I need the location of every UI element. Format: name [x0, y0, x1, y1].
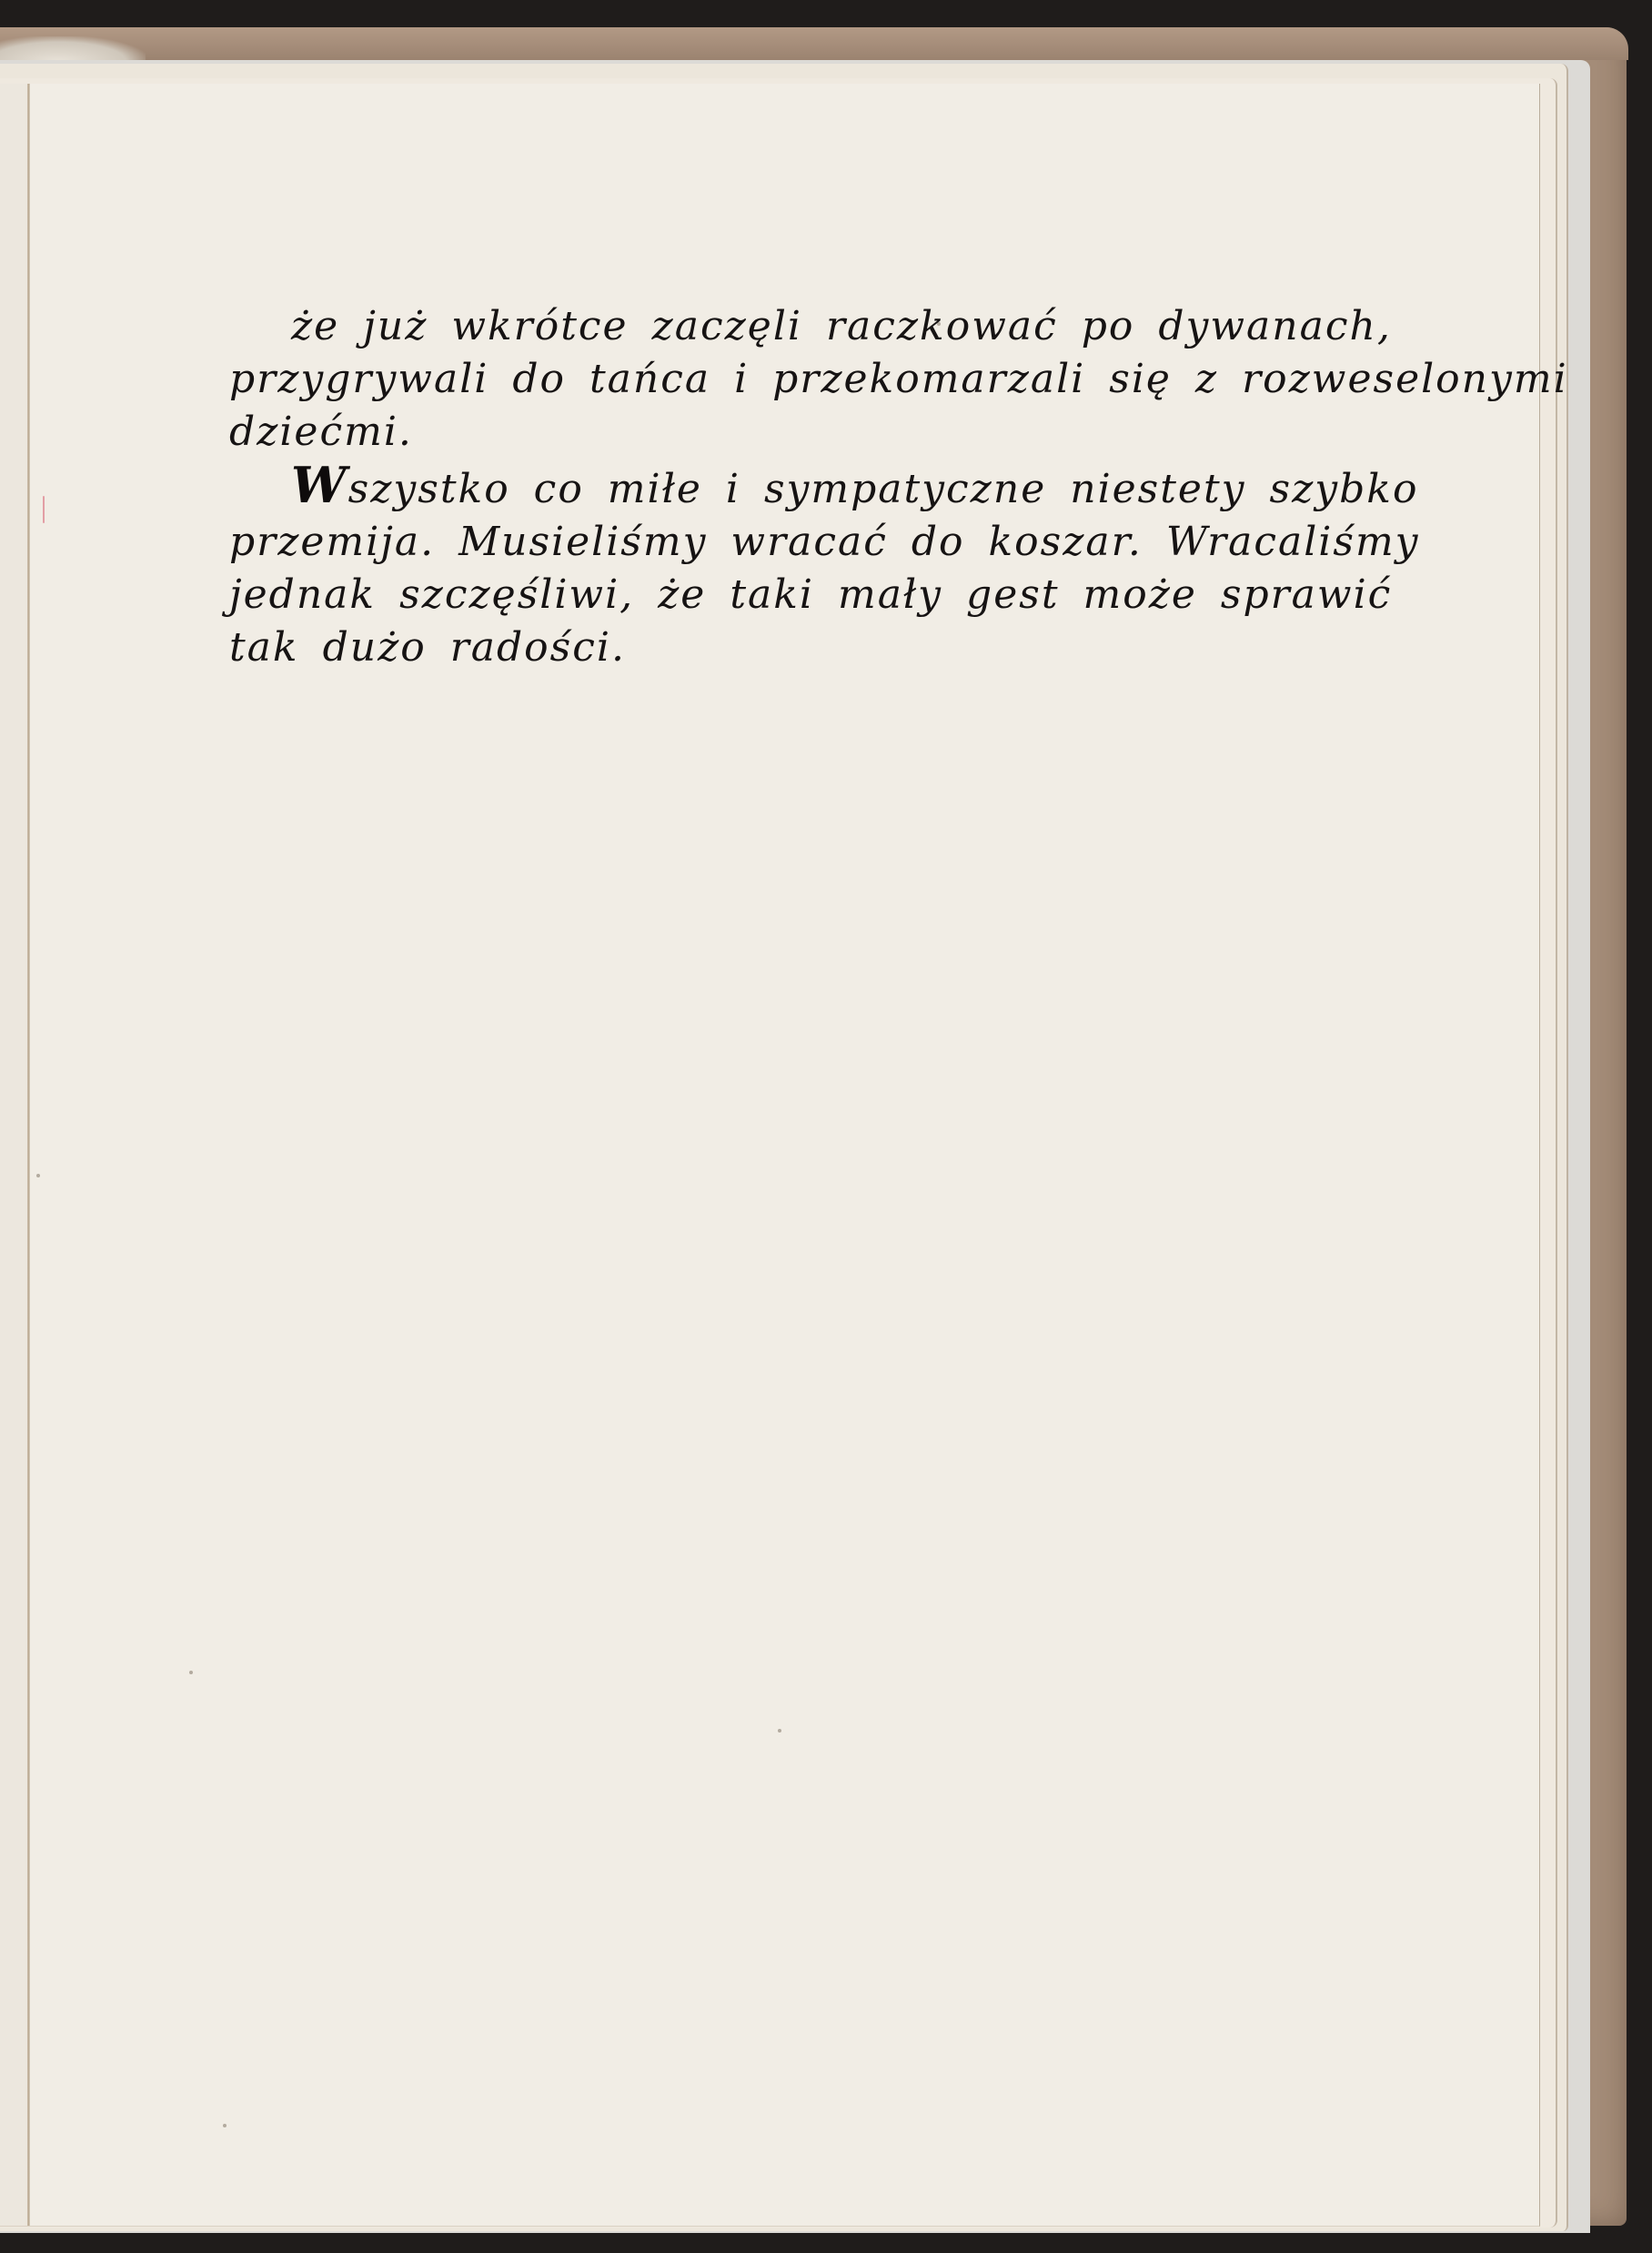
- paragraph-2: Wszystko co miłe i sympatyczne niestety …: [229, 459, 1521, 674]
- text-line: tak dużo radości.: [229, 621, 1521, 674]
- decorated-initial: W: [291, 456, 348, 514]
- facing-page-edge: [0, 84, 27, 2226]
- pink-pencil-mark: [43, 496, 45, 523]
- handwritten-text: że już wkrótce zaczęli raczkować po dywa…: [229, 300, 1521, 674]
- text-line: jednak szczęśliwi, że taki mały gest moż…: [229, 569, 1521, 621]
- paper-speck: [36, 1174, 40, 1177]
- paper-speck: [223, 2124, 227, 2127]
- text-line: przemija. Musieliśmy wracać do koszar. W…: [229, 516, 1521, 569]
- paper-speck: [189, 1671, 193, 1674]
- text-line: przygrywali do tańca i przekomarzali się…: [229, 353, 1521, 406]
- paragraph-1: że już wkrótce zaczęli raczkować po dywa…: [229, 300, 1521, 459]
- page-gutter: [27, 84, 30, 2226]
- text-line-rest: szystko co miłe i sympatyczne niestety s…: [348, 466, 1419, 512]
- text-line: Wszystko co miłe i sympatyczne niestety …: [229, 459, 1521, 516]
- text-line: dziećmi.: [229, 406, 1521, 459]
- paper-speck: [778, 1729, 781, 1733]
- text-line: że już wkrótce zaczęli raczkować po dywa…: [229, 300, 1521, 353]
- book-cover-top-edge: [0, 27, 1628, 60]
